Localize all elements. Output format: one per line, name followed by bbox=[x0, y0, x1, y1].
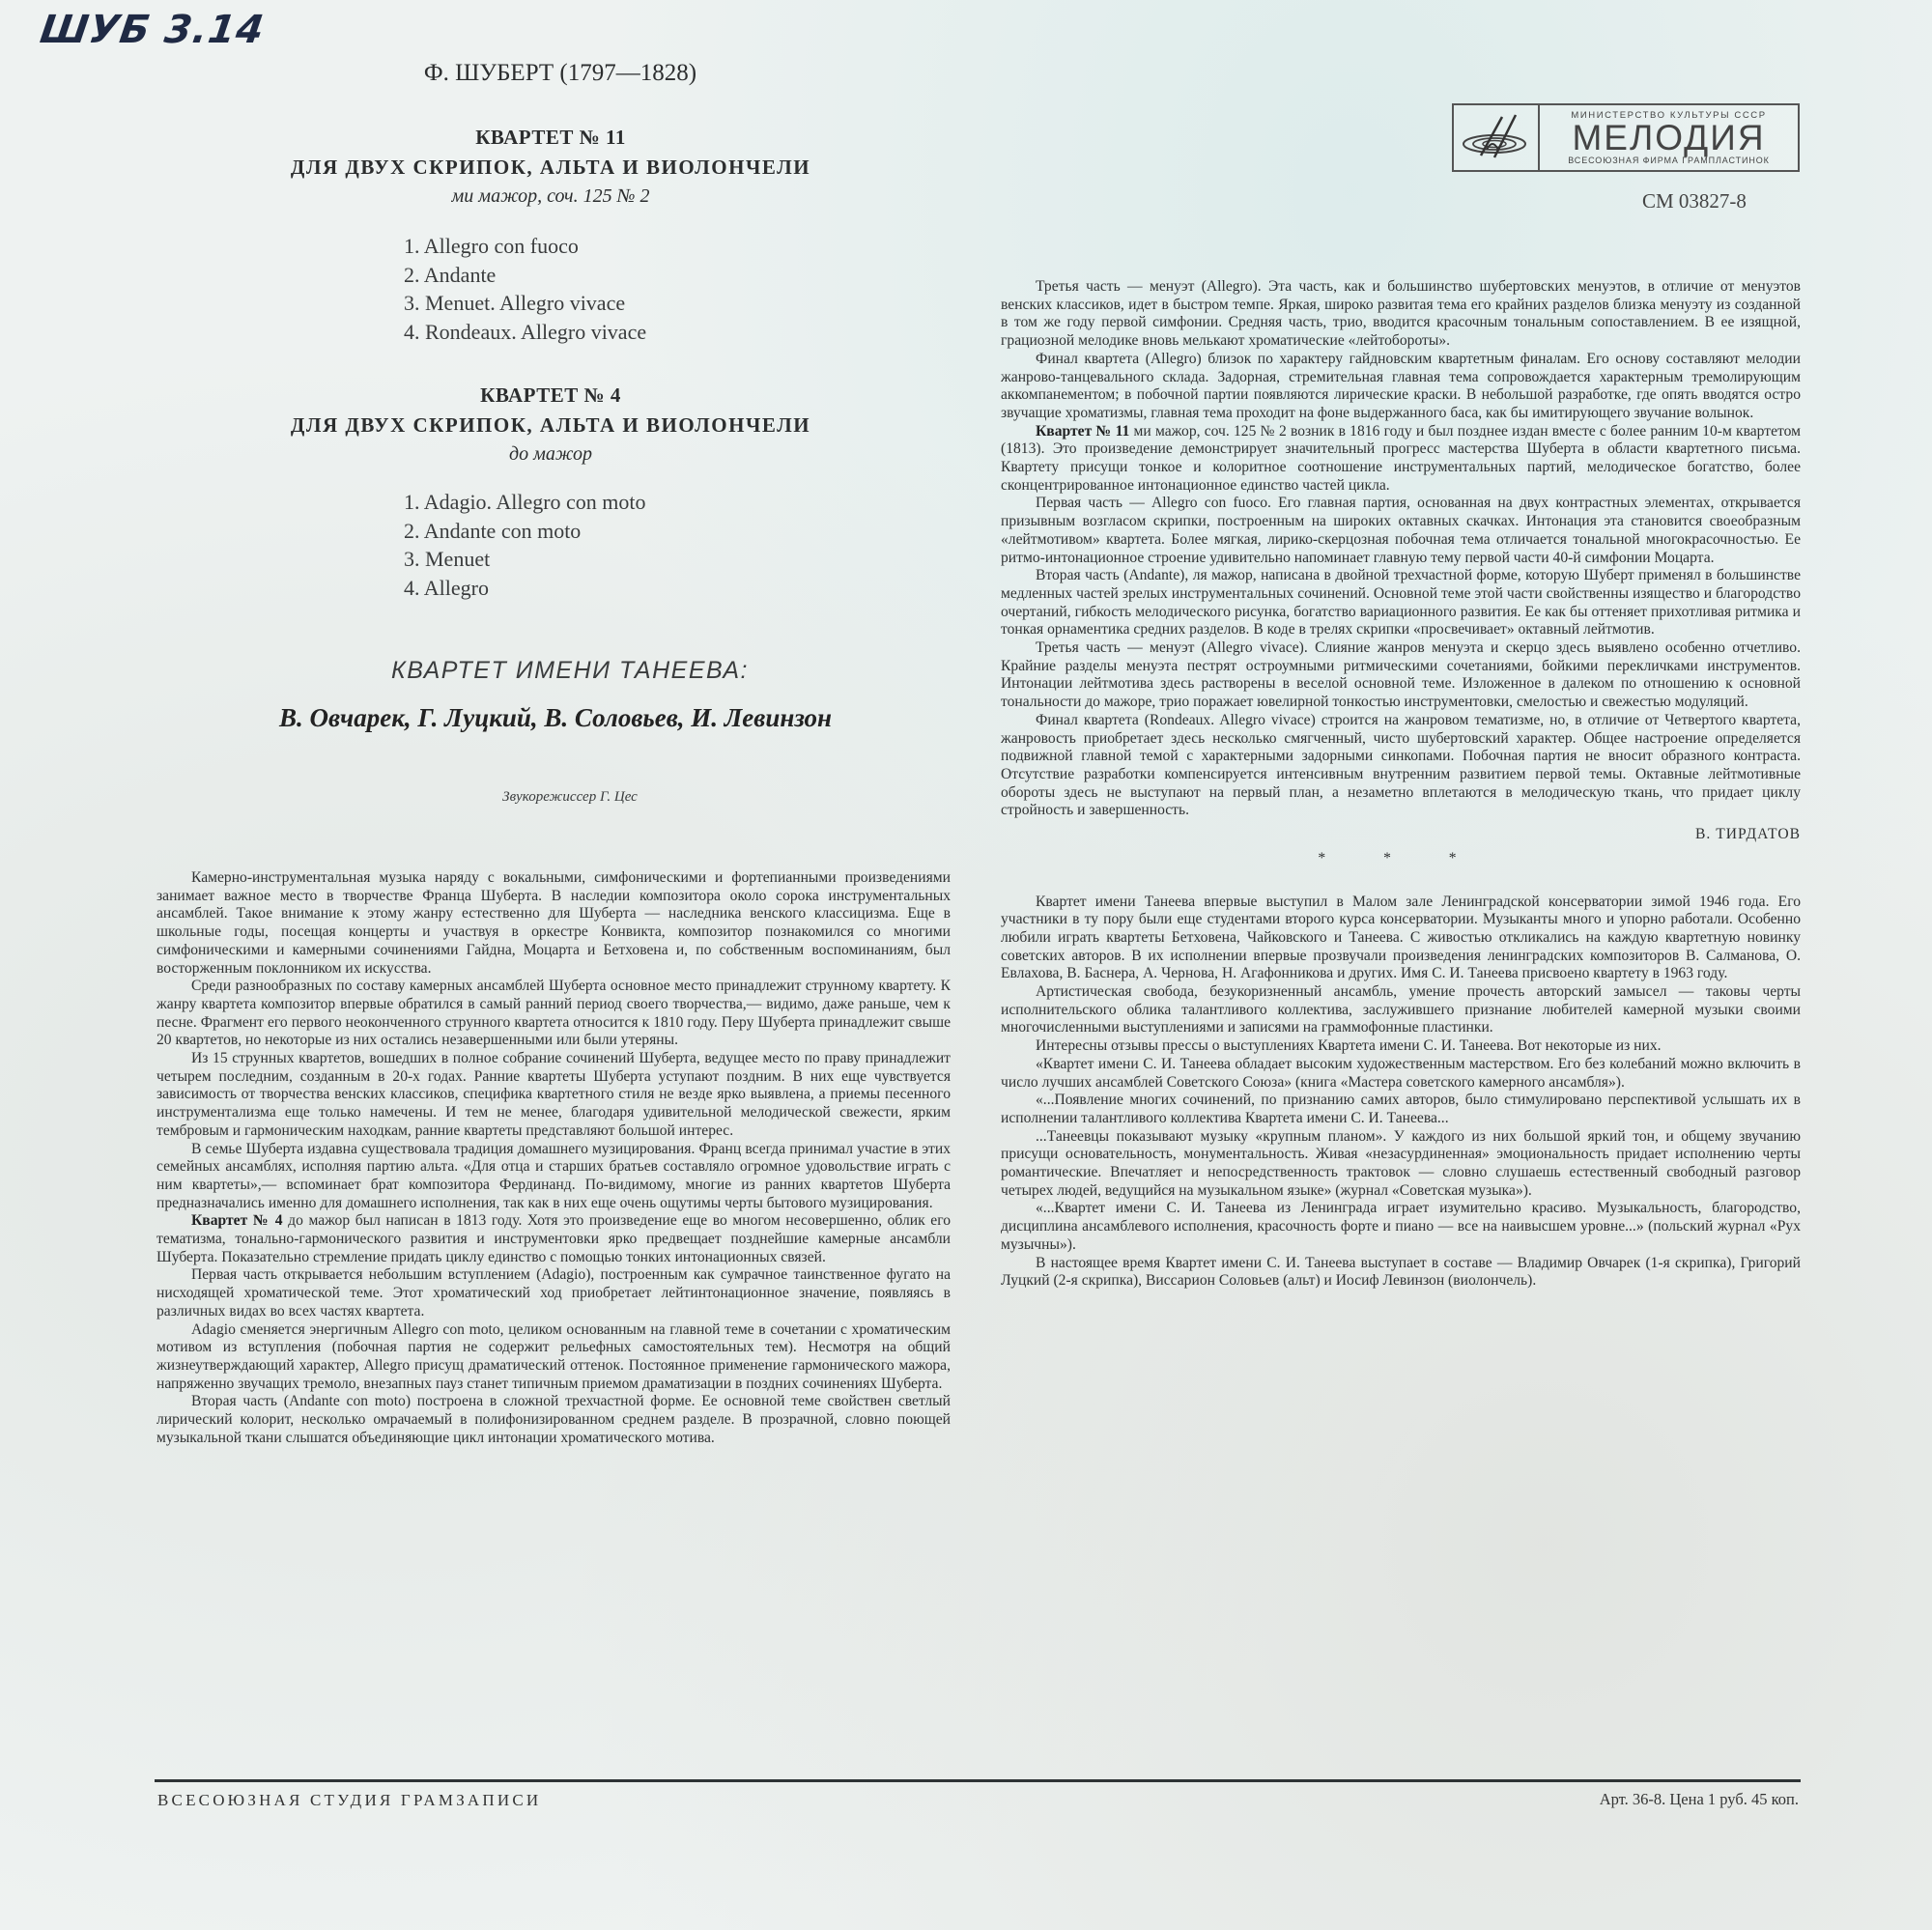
track-item: 1. Adagio. Allegro con moto bbox=[404, 488, 646, 517]
track-item: 1. Allegro con fuoco bbox=[404, 232, 646, 261]
composer-heading: Ф. ШУБЕРТ (1797—1828) bbox=[386, 60, 734, 87]
paragraph: Квартет № 4 до мажор был написан в 1813 … bbox=[156, 1212, 951, 1266]
paragraph: Квартет № 11 ми мажор, соч. 125 № 2 возн… bbox=[1001, 423, 1801, 496]
footer-divider bbox=[155, 1779, 1801, 1782]
price-info: Арт. 36-8. Цена 1 руб. 45 коп. bbox=[1507, 1790, 1799, 1809]
paragraph: Среди разнообразных по составу камерных … bbox=[156, 978, 951, 1050]
sound-engineer-credit: Звукорежиссер Г. Цес bbox=[261, 789, 879, 806]
paragraph: Первая часть — Allegro con fuoco. Его гл… bbox=[1001, 495, 1801, 567]
melodiya-logo-icon bbox=[1454, 105, 1540, 170]
work-analysis: Третья часть — менуэт (Allegro). Эта час… bbox=[1001, 278, 1801, 820]
paragraph: ...Танеевцы показывают музыку «крупным п… bbox=[1001, 1128, 1801, 1201]
work-header-quartet-11: КВАРТЕТ № 11 ДЛЯ ДВУХ СКРИПОК, АЛЬТА И В… bbox=[213, 126, 889, 208]
tracklist-quartet-11: 1. Allegro con fuoco 2. Andante 3. Menue… bbox=[404, 232, 646, 346]
ensemble-notes: Квартет имени Танеева впервые выступил в… bbox=[1001, 894, 1801, 1291]
paragraph: Из 15 струнных квартетов, вошедших в пол… bbox=[156, 1050, 951, 1141]
work-scoring: ДЛЯ ДВУХ СКРИПОК, АЛЬТА И ВИОЛОНЧЕЛИ bbox=[213, 413, 889, 438]
paragraph: Квартет имени Танеева впервые выступил в… bbox=[1001, 894, 1801, 984]
track-item: 4. Rondeaux. Allegro vivace bbox=[404, 318, 646, 347]
paragraph: Артистическая свобода, безукоризненный а… bbox=[1001, 983, 1801, 1037]
track-item: 2. Andante bbox=[404, 261, 646, 290]
track-item: 3. Menuet bbox=[404, 545, 646, 574]
handwritten-shelf-mark: ШУБ 3.14 bbox=[38, 8, 268, 52]
author-signature: В. ТИРДАТОВ bbox=[1001, 826, 1801, 844]
paragraph: Первая часть открывается небольшим вступ… bbox=[156, 1266, 951, 1320]
paragraph: В семье Шуберта издавна существовала тра… bbox=[156, 1141, 951, 1213]
liner-notes-left-column: Камерно-инструментальная музыка наряду с… bbox=[156, 869, 951, 1448]
label-name: МЕЛОДИЯ bbox=[1572, 121, 1765, 156]
melodiya-logo: МИНИСТЕРСТВО КУЛЬТУРЫ СССР МЕЛОДИЯ ВСЕСО… bbox=[1452, 103, 1800, 172]
paragraph: Вторая часть (Andante), ля мажор, написа… bbox=[1001, 567, 1801, 639]
studio-name: ВСЕСОЮЗНАЯ СТУДИЯ ГРАМЗАПИСИ bbox=[157, 1791, 541, 1810]
work-key: до мажор bbox=[213, 443, 889, 466]
paragraph: Третья часть — менуэт (Allegro vivace). … bbox=[1001, 639, 1801, 712]
paragraph-lead: Квартет № 4 bbox=[191, 1212, 283, 1229]
ensemble-title: КВАРТЕТ ИМЕНИ ТАНЕЕВА: bbox=[232, 657, 908, 685]
paragraph: Третья часть — менуэт (Allegro). Эта час… bbox=[1001, 278, 1801, 351]
paragraph: В настоящее время Квартет имени С. И. Та… bbox=[1001, 1255, 1801, 1291]
paragraph: «Квартет имени С. И. Танеева обладает вы… bbox=[1001, 1056, 1801, 1092]
label-firm: ВСЕСОЮЗНАЯ ФИРМА ГРАМПЛАСТИНОК bbox=[1568, 156, 1770, 165]
track-item: 2. Andante con moto bbox=[404, 517, 646, 546]
track-item: 3. Menuet. Allegro vivace bbox=[404, 289, 646, 318]
work-scoring: ДЛЯ ДВУХ СКРИПОК, АЛЬТА И ВИОЛОНЧЕЛИ bbox=[213, 156, 889, 180]
work-header-quartet-4: КВАРТЕТ № 4 ДЛЯ ДВУХ СКРИПОК, АЛЬТА И ВИ… bbox=[213, 383, 889, 466]
paragraph-lead: Квартет № 11 bbox=[1036, 423, 1129, 440]
work-key: ми мажор, соч. 125 № 2 bbox=[213, 185, 889, 208]
paragraph: Финал квартета (Rondeaux. Allegro vivace… bbox=[1001, 712, 1801, 820]
work-title: КВАРТЕТ № 11 bbox=[213, 126, 889, 150]
paragraph: Финал квартета (Allegro) близок по харак… bbox=[1001, 351, 1801, 423]
tracklist-quartet-4: 1. Adagio. Allegro con moto 2. Andante c… bbox=[404, 488, 646, 602]
paragraph: Интересны отзывы прессы о выступлениях К… bbox=[1001, 1037, 1801, 1056]
track-item: 4. Allegro bbox=[404, 574, 646, 603]
performers-list: В. Овчарек, Г. Луцкий, В. Соловьев, И. Л… bbox=[184, 703, 927, 733]
section-separator: * * * bbox=[1001, 850, 1801, 868]
paragraph: «...Квартет имени С. И. Танеева из Ленин… bbox=[1001, 1200, 1801, 1254]
catalog-number: СМ 03827-8 bbox=[1642, 189, 1747, 213]
paragraph: «...Появление многих сочинений, по призн… bbox=[1001, 1092, 1801, 1127]
paragraph: Adagio сменяется энергичным Allegro con … bbox=[156, 1321, 951, 1394]
paragraph: Камерно-инструментальная музыка наряду с… bbox=[156, 869, 951, 978]
liner-notes-right-column: Третья часть — менуэт (Allegro). Эта час… bbox=[1001, 278, 1801, 1291]
paragraph: Вторая часть (Andante con moto) построен… bbox=[156, 1393, 951, 1447]
work-title: КВАРТЕТ № 4 bbox=[213, 383, 889, 408]
